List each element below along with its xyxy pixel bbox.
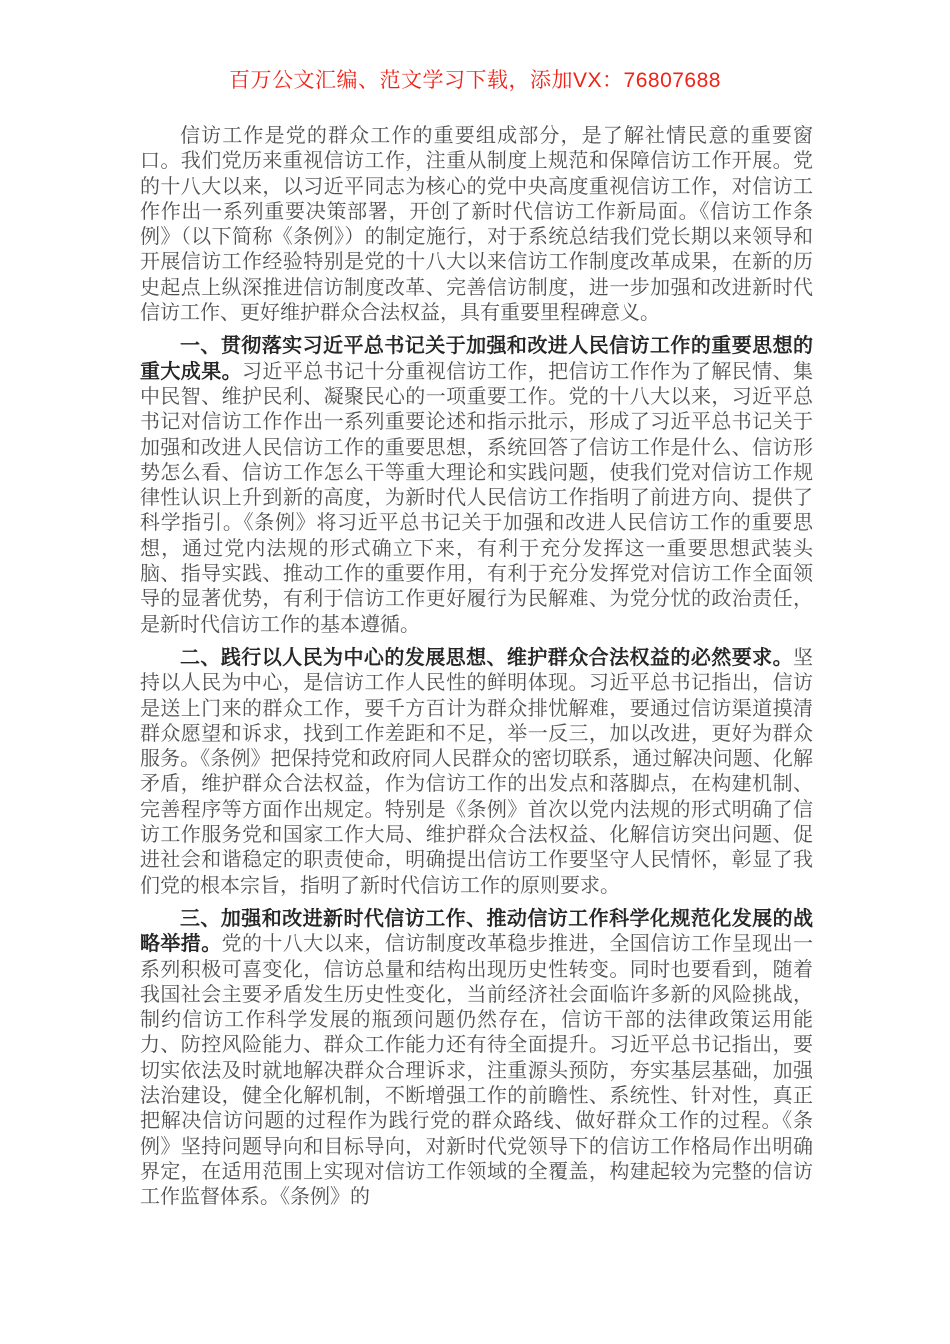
paragraph-intro: 信访工作是党的群众工作的重要组成部分，是了解社情民意的重要窗口。我们党历来重视信… [140, 124, 813, 326]
document-page: 百万公文汇编、范文学习下载，添加VX：76807688 信访工作是党的群众工作的… [0, 0, 950, 1344]
paragraph-intro-text: 信访工作是党的群众工作的重要组成部分，是了解社情民意的重要窗口。我们党历来重视信… [140, 125, 813, 324]
paragraph-section-1: 一、贯彻落实习近平总书记关于加强和改进人民信访工作的重要思想的重大成果。习近平总… [140, 334, 813, 638]
section-1-body-text: 习近平总书记十分重视信访工作，把信访工作作为了解民情、集中民智、维护民利、凝聚民… [140, 361, 813, 636]
promo-header-text: 百万公文汇编、范文学习下载，添加VX：76807688 [0, 69, 950, 93]
paragraph-section-2: 二、践行以人民为中心的发展思想、维护群众合法权益的必然要求。坚持以人民为中心，是… [140, 646, 813, 899]
paragraph-section-3: 三、加强和改进新时代信访工作、推动信访工作科学化规范化发展的战略举措。党的十八大… [140, 907, 813, 1211]
section-2-body-text: 坚持以人民为中心，是信访工作人民性的鲜明体现。习近平总书记指出，信访是送上门来的… [140, 647, 813, 897]
section-3-body-text: 党的十八大以来，信访制度改革稳步推进，全国信访工作呈现出一系列积极可喜变化，信访… [140, 933, 813, 1208]
section-2-heading: 二、践行以人民为中心的发展思想、维护群众合法权益的必然要求。 [180, 647, 793, 669]
document-content: 信访工作是党的群众工作的重要组成部分，是了解社情民意的重要窗口。我们党历来重视信… [140, 124, 813, 1210]
